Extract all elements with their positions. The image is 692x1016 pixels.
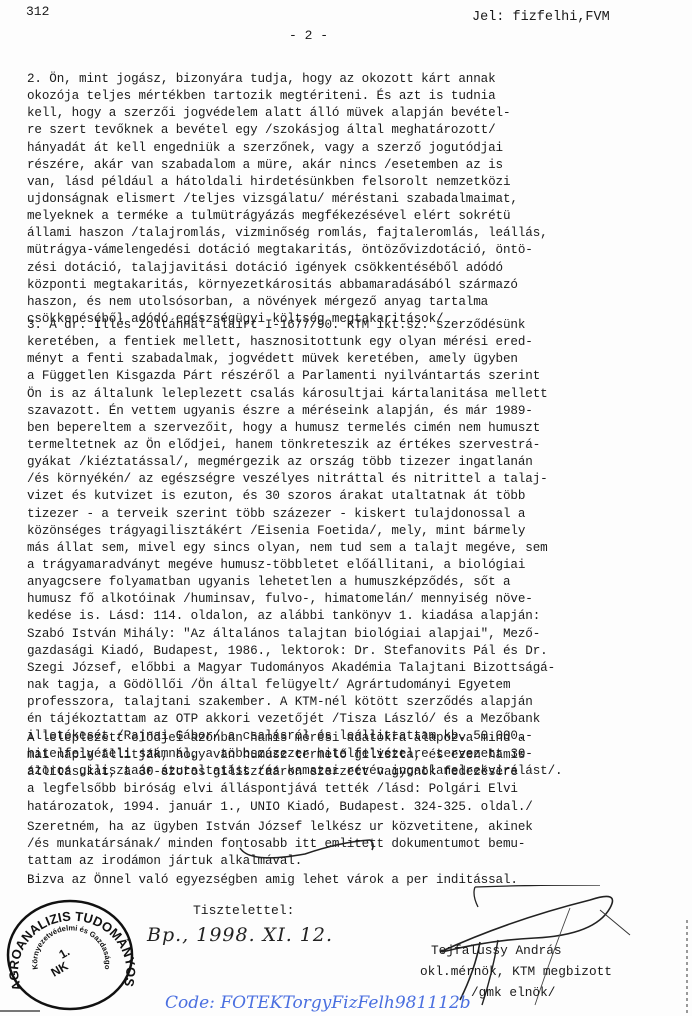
text-line: okozója teljes mértékben tartozik megtér… <box>27 88 548 105</box>
text-line: Szabó István Mihály: "Az általános talaj… <box>27 626 563 643</box>
text-line: 2. Ön, mint jogász, bizonyára tudja, hog… <box>27 71 548 88</box>
text-line: /és környékén/ az egészségre veszélyes n… <box>27 471 563 488</box>
text-line: mai napig állitják, hogy van humusz term… <box>27 747 533 764</box>
stamp-outer-text: AGROANALIZIS TUDOMÁNYOS TÁRSASÁG <box>4 897 136 993</box>
signer-role: /gmk elnök/ <box>471 985 555 1000</box>
text-line: központi megtakaritás, környezetkárositá… <box>27 277 548 294</box>
text-line: a Független Kisgazda Párt részéről a Par… <box>27 368 563 385</box>
text-line: vizet és kutvizet is ezuton, és 30 szoro… <box>27 488 563 505</box>
text-line: Ön is az általunk leleplezett csalás kár… <box>27 386 563 403</box>
text-line: nak tagja, a Gödöllői /Ön által felügyel… <box>27 677 563 694</box>
page-indicator: - 2 - <box>289 28 328 43</box>
text-line: humusz fő alkotóinak /huminsav, fulvo-, … <box>27 591 563 608</box>
document-page: 312 Jel: fizfelhi,FVM - 2 - 2. Ön, mint … <box>0 0 692 1016</box>
text-line: A leleplezett elődjei azonban hamis méré… <box>27 730 533 747</box>
text-line: melyeknek a terméke a tulmütrágyázás meg… <box>27 208 548 225</box>
paragraph-3: 3. A dr. Illés Zoltánnal aláirt I-1677/9… <box>27 317 563 780</box>
text-line: a trágyamaradványt megéve humusz-többlet… <box>27 557 563 574</box>
text-line: ményt a fenti szabadalmak, jogvédett müv… <box>27 351 563 368</box>
text-line: más állat sem, mivel egy sincs olyan, ne… <box>27 540 563 557</box>
text-line: re szert tevőknek a bevétel egy /szokásj… <box>27 122 548 139</box>
handwritten-date: Bp., 1998. XI. 12. <box>147 924 333 946</box>
text-line: kedése is. Lásd: 114. oldalon, az alábbi… <box>27 608 563 625</box>
text-line: zési dotáció, talajjavitási dotáció igén… <box>27 260 548 277</box>
text-line: professzora, talajtani szakember. A KTM-… <box>27 694 563 711</box>
document-code: Code: FOTEKTorgyFizFelh981112b <box>165 993 471 1013</box>
text-line: van, lásd például a hátoldali hirdetésün… <box>27 174 548 191</box>
text-line: részére, akár van szabadalom a müre, aká… <box>27 157 548 174</box>
stamp-center-2: NK <box>49 959 71 980</box>
text-line: tattam az irodámon jártuk alkalmával. <box>27 853 533 870</box>
handwritten-underline-icon <box>470 885 610 915</box>
text-line: gyákat /kiéztatással/, megmérgezik az or… <box>27 454 563 471</box>
stamp-center-1: 1. <box>57 944 73 961</box>
text-line: gazdasági Kiadó, Budapest, 1986., lektor… <box>27 643 563 660</box>
text-line: kell, hogy a szerzői jogvédelem alatt ál… <box>27 105 548 122</box>
text-line: határozatok, 1994. január 1., UNIO Kiadó… <box>27 799 533 816</box>
signer-name: Tejfalussy András <box>431 943 562 958</box>
reference-mark: Jel: fizfelhi,FVM <box>472 10 610 25</box>
scan-bottom-rule <box>0 1010 40 1012</box>
organization-stamp-icon: AGROANALIZIS TUDOMÁNYOS TÁRSASÁG Környez… <box>4 897 136 1011</box>
text-line: közönséges trágyagilisztákért /Eisenia F… <box>27 523 563 540</box>
text-line: én tájékoztattam az OTP akkori vezetőjét… <box>27 711 563 728</box>
text-line: ujdonságnak elismert /teljes vizsgálatu/… <box>27 191 548 208</box>
text-line: szavazott. Én vettem ugyanis észre a mér… <box>27 403 563 420</box>
paragraph-4: A leleplezett elődjei azonban hamis méré… <box>27 730 533 816</box>
svg-text:AGROANALIZIS TUDOMÁNYOS TÁRSAS: AGROANALIZIS TUDOMÁNYOS TÁRSASÁG <box>4 897 136 993</box>
text-line: Szeretném, ha az ügyben István József le… <box>27 819 533 836</box>
text-line: a legfelsőbb biróság elvi álláspontjává … <box>27 781 533 798</box>
signer-title: okl.mérnök, KTM megbizott <box>420 964 612 979</box>
scan-edge-mark <box>686 920 688 1016</box>
text-line: Bizva az Önnel való egyezségben amig leh… <box>27 872 518 889</box>
text-line: hányadát át kell engedniük a szerzőnek, … <box>27 140 548 157</box>
text-line: Szegi József, előbbi a Magyar Tudományos… <box>27 660 563 677</box>
paragraph-2: 2. Ön, mint jogász, bizonyára tudja, hog… <box>27 71 548 328</box>
text-line: tizezer - a terveik szerint több százeze… <box>27 506 563 523</box>
text-line: állami haszon /talajromlás, vizminőség r… <box>27 225 548 242</box>
text-line: ben bepereltem a szervezőit, hogy a humu… <box>27 420 563 437</box>
text-line: mütrágya-vámelengedési dotáció megtakari… <box>27 242 548 259</box>
paragraph-5: Szeretném, ha az ügyben István József le… <box>27 819 533 870</box>
text-line: /és munkatársának/ minden fontosabb itt … <box>27 836 533 853</box>
text-line: 3. A dr. Illés Zoltánnal aláirt I-1677/9… <box>27 317 563 334</box>
text-line: állitásukat, a 30-szoros gilisztaáron sz… <box>27 764 533 781</box>
text-line: termeltetnek az Ön elődjei, hanem tönkre… <box>27 437 563 454</box>
paragraph-6: Bizva az Önnel való egyezségben amig leh… <box>27 872 518 889</box>
handwritten-page-number: 312 <box>26 4 49 19</box>
text-line: haszon, és nem utolsósorban, a növények … <box>27 294 548 311</box>
closing-greeting: Tisztelettel: <box>193 903 294 918</box>
text-line: anyagcsere folyamatban ugyanis lehetetle… <box>27 574 563 591</box>
text-line: keretében, a fentiek mellett, hasznosito… <box>27 334 563 351</box>
